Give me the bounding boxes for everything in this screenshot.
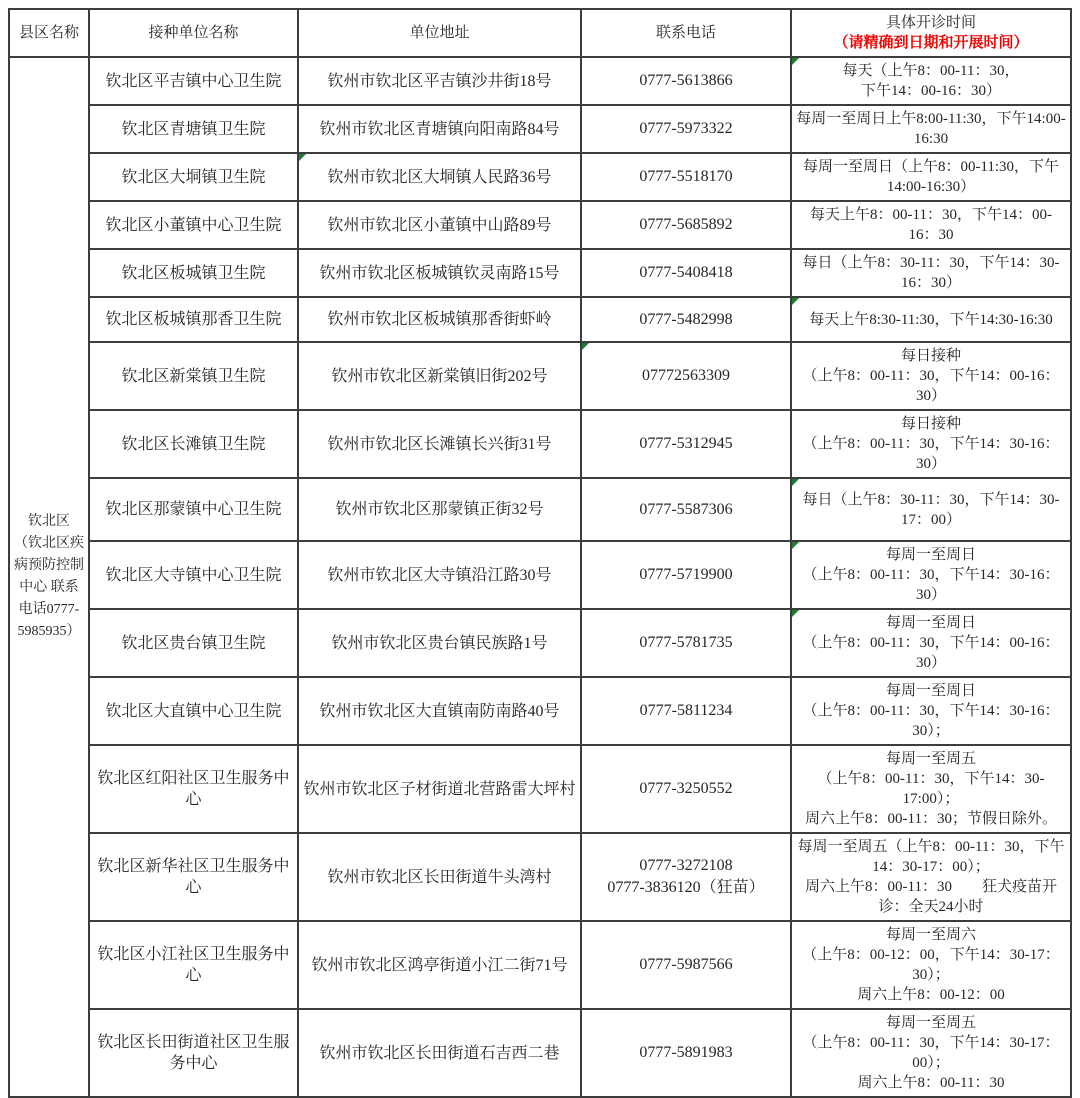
table-row: 钦北区那蒙镇中心卫生院 钦州市钦北区那蒙镇正街32号 0777-5587306 … — [9, 478, 1071, 541]
unit-name-cell: 钦北区长滩镇卫生院 — [89, 410, 298, 478]
phone-cell: 0777-3250552 — [581, 745, 791, 833]
hours-cell: 每日（上午8：30-11：30，下午14：30-16：30） — [791, 249, 1071, 297]
unit-address-cell: 钦州市钦北区大垌镇人民路36号 — [298, 153, 581, 201]
unit-address-cell: 钦州市钦北区平吉镇沙井街18号 — [298, 57, 581, 105]
phone-cell: 0777-5587306 — [581, 478, 791, 541]
header-hours-title: 具体开诊时间 — [796, 13, 1066, 33]
phone-cell: 0777-5719900 — [581, 541, 791, 609]
unit-address-cell: 钦州市钦北区板城镇钦灵南路15号 — [298, 249, 581, 297]
unit-name-cell: 钦北区青塘镇卫生院 — [89, 105, 298, 153]
table-row: 钦北区大寺镇中心卫生院 钦州市钦北区大寺镇沿江路30号 0777-5719900… — [9, 541, 1071, 609]
hours-cell: 每天上午8：00-11：30，下午14：00-16：30 — [791, 201, 1071, 249]
vaccination-units-table: 县区名称 接种单位名称 单位地址 联系电话 具体开诊时间 （请精确到日期和开展时… — [8, 8, 1072, 1098]
unit-name-cell: 钦北区那蒙镇中心卫生院 — [89, 478, 298, 541]
unit-address-cell: 钦州市钦北区鸿亭街道小江二街71号 — [298, 921, 581, 1009]
unit-name-cell: 钦北区红阳社区卫生服务中心 — [89, 745, 298, 833]
vaccination-table-sheet: 县区名称 接种单位名称 单位地址 联系电话 具体开诊时间 （请精确到日期和开展时… — [8, 8, 1072, 1098]
unit-address-cell: 钦州市钦北区板城镇那香街虾岭 — [298, 297, 581, 342]
unit-name-cell: 钦北区板城镇卫生院 — [89, 249, 298, 297]
header-address: 单位地址 — [298, 9, 581, 57]
hours-cell: 每天上午8:30-11:30，下午14:30-16:30 — [791, 297, 1071, 342]
header-hours: 具体开诊时间 （请精确到日期和开展时间） — [791, 9, 1071, 57]
unit-address-cell: 钦州市钦北区新棠镇旧街202号 — [298, 342, 581, 410]
table-row: 钦北区板城镇卫生院 钦州市钦北区板城镇钦灵南路15号 0777-5408418 … — [9, 249, 1071, 297]
district-cell: 钦北区 （钦北区疾病预防控制中心 联系电话0777-5985935） — [9, 57, 89, 1097]
table-row: 钦北区贵台镇卫生院 钦州市钦北区贵台镇民族路1号 0777-5781735 每周… — [9, 609, 1071, 677]
phone-cell: 0777-5312945 — [581, 410, 791, 478]
unit-address-cell: 钦州市钦北区长田街道牛头湾村 — [298, 833, 581, 921]
hours-cell: 每周一至周五（上午8：00-11：30，下午14：30-17：00）； 周六上午… — [791, 833, 1071, 921]
table-row: 钦北区板城镇那香卫生院 钦州市钦北区板城镇那香街虾岭 0777-5482998 … — [9, 297, 1071, 342]
header-unit-name: 接种单位名称 — [89, 9, 298, 57]
phone-cell: 0777-5973322 — [581, 105, 791, 153]
unit-name-cell: 钦北区大直镇中心卫生院 — [89, 677, 298, 745]
hours-cell: 每周一至周五 （上午8：00-11：30，下午14：30-17:00）； 周六上… — [791, 745, 1071, 833]
phone-cell: 0777-5781735 — [581, 609, 791, 677]
phone-cell: 07772563309 — [581, 342, 791, 410]
unit-address-cell: 钦州市钦北区那蒙镇正街32号 — [298, 478, 581, 541]
table-row: 钦北区红阳社区卫生服务中心 钦州市钦北区子材街道北营路雷大坪村 0777-325… — [9, 745, 1071, 833]
unit-address-cell: 钦州市钦北区大直镇南防南路40号 — [298, 677, 581, 745]
hours-cell: 每日（上午8：30-11：30，下午14：30-17：00） — [791, 478, 1071, 541]
unit-address-cell: 钦州市钦北区长田街道石吉西二巷 — [298, 1009, 581, 1097]
table-row: 钦北区小江社区卫生服务中心 钦州市钦北区鸿亭街道小江二街71号 0777-598… — [9, 921, 1071, 1009]
phone-cell: 0777-5408418 — [581, 249, 791, 297]
table-row: 钦北区大直镇中心卫生院 钦州市钦北区大直镇南防南路40号 0777-581123… — [9, 677, 1071, 745]
header-row: 县区名称 接种单位名称 单位地址 联系电话 具体开诊时间 （请精确到日期和开展时… — [9, 9, 1071, 57]
unit-name-cell: 钦北区大垌镇卫生院 — [89, 153, 298, 201]
unit-name-cell: 钦北区小董镇中心卫生院 — [89, 201, 298, 249]
hours-cell: 每日接种 （上午8：00-11：30，下午14：00-16：30） — [791, 342, 1071, 410]
page: { "colors": { "accent_red": "#f00000", "… — [0, 0, 1080, 1028]
table-row: 钦北区大垌镇卫生院 钦州市钦北区大垌镇人民路36号 0777-5518170 每… — [9, 153, 1071, 201]
unit-name-cell: 钦北区大寺镇中心卫生院 — [89, 541, 298, 609]
phone-cell: 0777-5891983 — [581, 1009, 791, 1097]
table-body: 钦北区 （钦北区疾病预防控制中心 联系电话0777-5985935）钦北区平吉镇… — [9, 57, 1071, 1097]
table-row: 钦北区 （钦北区疾病预防控制中心 联系电话0777-5985935）钦北区平吉镇… — [9, 57, 1071, 105]
header-district: 县区名称 — [9, 9, 89, 57]
unit-address-cell: 钦州市钦北区贵台镇民族路1号 — [298, 609, 581, 677]
hours-cell: 每周一至周日 （上午8：00-11：30，下午14：30-16：30）； — [791, 677, 1071, 745]
unit-name-cell: 钦北区贵台镇卫生院 — [89, 609, 298, 677]
phone-cell: 0777-5613866 — [581, 57, 791, 105]
unit-address-cell: 钦州市钦北区长滩镇长兴街31号 — [298, 410, 581, 478]
hours-cell: 每周一至周日上午8:00-11:30，下午14:00-16:30 — [791, 105, 1071, 153]
table-row: 钦北区新棠镇卫生院 钦州市钦北区新棠镇旧街202号 07772563309 每日… — [9, 342, 1071, 410]
hours-cell: 每周一至周日 （上午8：00-11：30，下午14：30-16：30） — [791, 541, 1071, 609]
hours-cell: 每周一至周日（上午8：00-11:30，下午14:00-16:30） — [791, 153, 1071, 201]
phone-cell: 0777-5518170 — [581, 153, 791, 201]
phone-cell: 0777-5482998 — [581, 297, 791, 342]
table-row: 钦北区新华社区卫生服务中心 钦州市钦北区长田街道牛头湾村 0777-327210… — [9, 833, 1071, 921]
unit-name-cell: 钦北区新棠镇卫生院 — [89, 342, 298, 410]
unit-name-cell: 钦北区长田街道社区卫生服务中心 — [89, 1009, 298, 1097]
hours-cell: 每周一至周日 （上午8：00-11：30，下午14：00-16：30） — [791, 609, 1071, 677]
header-phone: 联系电话 — [581, 9, 791, 57]
table-row: 钦北区长田街道社区卫生服务中心 钦州市钦北区长田街道石吉西二巷 0777-589… — [9, 1009, 1071, 1097]
table-row: 钦北区小董镇中心卫生院 钦州市钦北区小董镇中山路89号 0777-5685892… — [9, 201, 1071, 249]
hours-cell: 每日接种 （上午8：00-11：30，下午14：30-16：30） — [791, 410, 1071, 478]
unit-address-cell: 钦州市钦北区子材街道北营路雷大坪村 — [298, 745, 581, 833]
unit-name-cell: 钦北区平吉镇中心卫生院 — [89, 57, 298, 105]
phone-cell: 0777-5987566 — [581, 921, 791, 1009]
unit-name-cell: 钦北区新华社区卫生服务中心 — [89, 833, 298, 921]
header-hours-note: （请精确到日期和开展时间） — [796, 33, 1066, 53]
hours-cell: 每周一至周六 （上午8：00-12：00，下午14：30-17：30）； 周六上… — [791, 921, 1071, 1009]
hours-cell: 每周一至周五 （上午8：00-11：30，下午14：30-17：00）； 周六上… — [791, 1009, 1071, 1097]
table-row: 钦北区长滩镇卫生院 钦州市钦北区长滩镇长兴街31号 0777-5312945 每… — [9, 410, 1071, 478]
unit-address-cell: 钦州市钦北区青塘镇向阳南路84号 — [298, 105, 581, 153]
phone-cell: 0777-3272108 0777-3836120（狂苗） — [581, 833, 791, 921]
unit-name-cell: 钦北区板城镇那香卫生院 — [89, 297, 298, 342]
unit-name-cell: 钦北区小江社区卫生服务中心 — [89, 921, 298, 1009]
unit-address-cell: 钦州市钦北区小董镇中山路89号 — [298, 201, 581, 249]
hours-cell: 每天（上午8：00-11：30， 下午14：00-16：30） — [791, 57, 1071, 105]
unit-address-cell: 钦州市钦北区大寺镇沿江路30号 — [298, 541, 581, 609]
phone-cell: 0777-5811234 — [581, 677, 791, 745]
table-row: 钦北区青塘镇卫生院 钦州市钦北区青塘镇向阳南路84号 0777-5973322 … — [9, 105, 1071, 153]
phone-cell: 0777-5685892 — [581, 201, 791, 249]
